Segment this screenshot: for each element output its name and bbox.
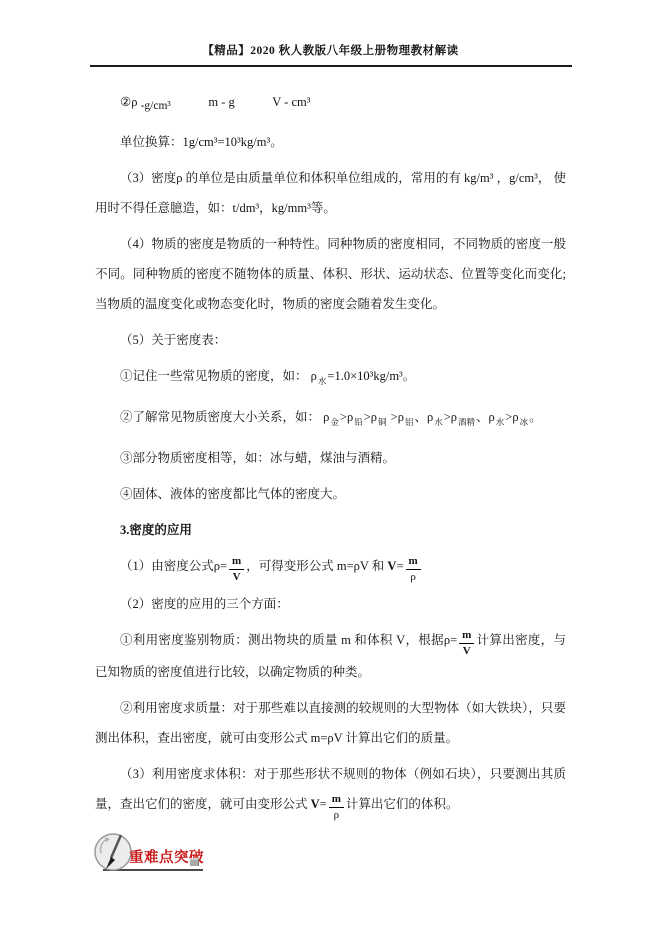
item-4-solid-liquid-gas: ④固体、液体的密度都比气体的密度大。: [95, 479, 566, 509]
bold-symbol: V: [311, 797, 320, 811]
subscript: 冰: [520, 417, 529, 427]
section-badge: 重难点突破: [93, 831, 313, 881]
unit-conversion: 单位换算：1g/cm³=10³kg/m³。: [95, 127, 566, 157]
app-2-three-aspects: （2）密度的应用的三个方面：: [95, 589, 566, 619]
subscript: 铜: [378, 417, 387, 427]
subscript: 金: [330, 417, 339, 427]
subscript: 酒精: [458, 417, 475, 427]
lowered-text: -g/cm³: [141, 100, 171, 112]
point-4-density-property: （4）物质的密度是物质的一种特性。同种物质的密度相同，不同物质的密度一般不同。同…: [95, 229, 566, 319]
fraction: mV: [459, 630, 474, 657]
document-body: ②ρ -g/cm³ m - g V - cm³单位换算：1g/cm³=10³kg…: [95, 87, 566, 821]
subscript: 水: [318, 376, 327, 386]
item-2-density-order: ②了解常见物质密度大小关系，如： ρ金>ρ铅>ρ铜 >ρ铝、ρ水>ρ酒精、ρ水>…: [95, 402, 566, 437]
brush-icon: [93, 832, 133, 872]
app-1-formula-variants: （1）由密度公式ρ=mV，可得变形公式 m=ρV 和 V=mρ: [95, 551, 566, 583]
fraction: mV: [229, 556, 244, 583]
formula-symbol-units: ②ρ -g/cm³ m - g V - cm³: [95, 87, 566, 121]
cube-icon: [190, 858, 199, 866]
point-5-density-table: （5）关于密度表：: [95, 325, 566, 355]
subscript: 水: [434, 417, 443, 427]
heading-density-applications: 3.密度的应用: [95, 515, 566, 545]
item-3-equal-densities: ③部分物质密度相等，如：冰与蜡，煤油与酒精。: [95, 443, 566, 473]
subscript: 铅: [354, 417, 363, 427]
fraction: mρ: [329, 794, 344, 821]
subscript: 铝: [405, 417, 414, 427]
page-header-title: 【精品】2020 秋人教版八年级上册物理教材解读: [90, 42, 572, 65]
app-item-3-find-volume: （3）利用密度求体积：对于那些形状不规则的物体（例如石块），只要测出其质量，查出…: [95, 759, 566, 821]
page-header: 【精品】2020 秋人教版八年级上册物理教材解读: [90, 0, 572, 67]
point-3-density-units: （3）密度ρ 的单位是由质量单位和体积单位组成的，常用的有 kg/m³ ，g/c…: [95, 163, 566, 223]
fraction: mρ: [406, 556, 421, 583]
bold-symbol: V: [387, 559, 396, 573]
app-item-2-find-mass: ②利用密度求质量：对于那些难以直接测的较规则的大型物体（如大铁块），只要测出体积…: [95, 693, 566, 753]
subscript: 水: [496, 417, 505, 427]
item-1-common-densities: ①记住一些常见物质的密度，如： ρ水=1.0×10³kg/m³。: [95, 361, 566, 396]
document-page: 【精品】2020 秋人教版八年级上册物理教材解读 ②ρ -g/cm³ m - g…: [0, 0, 661, 935]
app-item-1-identify-substance: ①利用密度鉴别物质：测出物块的质量 m 和体积 V，根据ρ=mV计算出密度，与已…: [95, 625, 566, 687]
